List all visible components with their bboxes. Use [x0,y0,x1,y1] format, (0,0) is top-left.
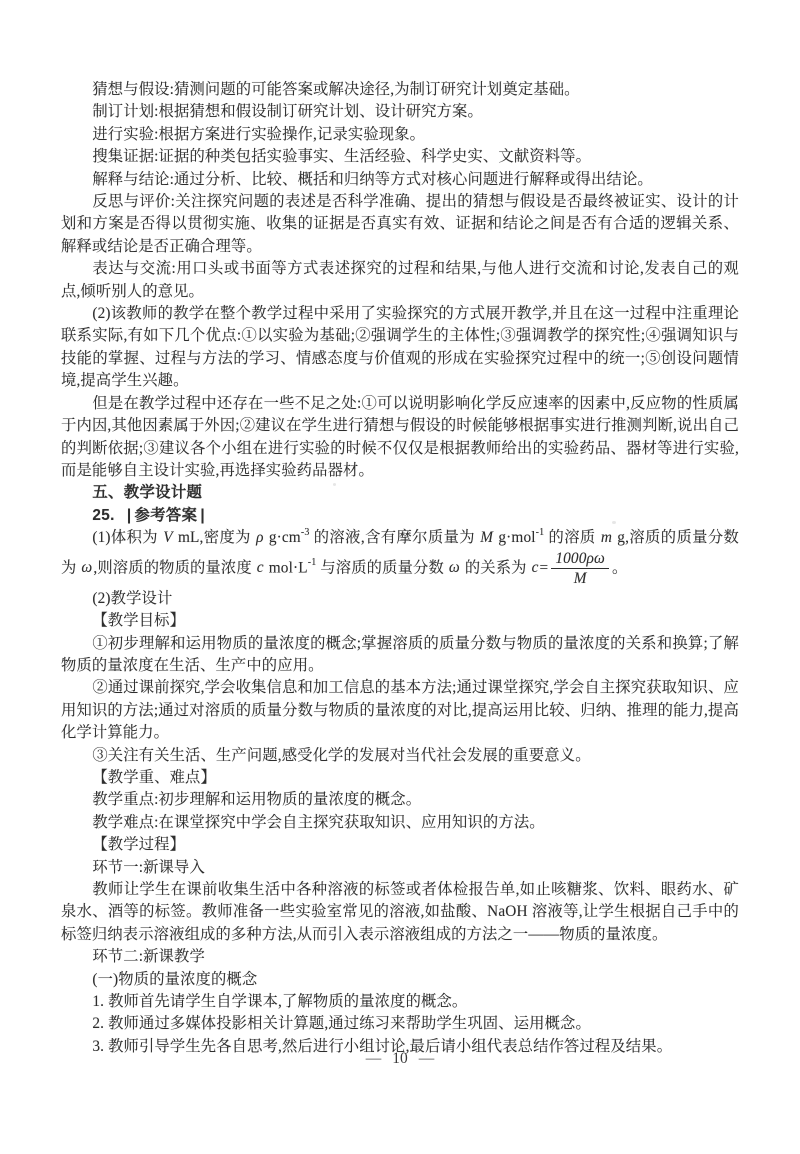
paragraph-teaching-design-label: (2)教学设计 [61,588,739,610]
variable-V: V [162,529,174,546]
header-key-difficult-points: 【教学重、难点】 [61,767,739,789]
variable-omega: ω [80,559,93,576]
page-footer: —10— [0,1050,800,1068]
paragraph-stage1-title: 环节一:新课导入 [61,857,739,879]
section-heading-teaching-design: 五、教学设计题 [61,482,739,504]
answer-q25-part1-formula-paragraph: (1)体积为 V mL,密度为 ρ g·cm-3 的溶液,含有摩尔质量为 M g… [61,527,739,588]
variable-c: c [531,559,540,576]
paragraph-step-2: 2. 教师通过多媒体投影相关计算题,通过练习来帮助学生巩固、运用概念。 [61,1013,739,1035]
superscript-exponent: -1 [308,557,317,568]
header-teaching-process: 【教学过程】 [61,834,739,856]
page-number: 10 [392,1050,408,1067]
document-content: 猜想与假设:猜测问题的可能答案或解决途径,为制订研究计划奠定基础。 制订计划:根… [61,79,739,1058]
answer-badge: 参考答案 [135,507,198,524]
paragraph-answer2-advantages: (2)该教师的教学在整个教学过程中采用了实验探究的方式展开教学,并且在这一过程中… [61,303,739,393]
text-segment: (1)体积为 [92,529,162,546]
document-page: 猜想与假设:猜测问题的可能答案或解决途径,为制订研究计划奠定基础。 制订计划:根… [0,0,800,1154]
superscript-exponent: -3 [301,527,310,538]
variable-omega: ω [448,559,461,576]
footer-dash-right: — [419,1050,435,1067]
answer-badge-bar-left: | [127,507,132,524]
text-segment: 的溶质 [544,529,600,546]
text-segment: 的关系为 [461,559,531,576]
variable-rho: ρ [255,529,265,546]
variable-m: m [600,529,613,546]
paragraph-teaching-difficulty: 教学难点:在课堂探究中学会自主探究获取知识、应用知识的方法。 [61,812,739,834]
paragraph-reflect-evaluate: 反思与评价:关注探究问题的表述是否科学准确、提出的猜想与假设是否最终被证实、设计… [61,191,739,258]
fraction-denominator: M [551,569,609,588]
variable-M: M [479,529,494,546]
paragraph-explain-conclude: 解释与结论:通过分析、比较、概括和归纳等方式对核心问题进行解释或得出结论。 [61,169,739,191]
text-segment: 与溶质的质量分数 [316,559,448,576]
paragraph-goal-2: ②通过课前探究,学会收集信息和加工信息的基本方法;通过课堂探究,学会自主探究获取… [61,677,739,744]
text-segment: g·mol [494,529,536,546]
text-segment: mL,密度为 [174,529,255,546]
paragraph-answer2-shortcomings: 但是在教学过程中还存在一些不足之处:①可以说明影响化学反应速率的因素中,反应物的… [61,393,739,483]
paragraph-make-plan: 制订计划:根据猜想和假设制订研究计划、设计研究方案。 [61,101,739,123]
paragraph-express-communicate: 表达与交流:用口头或书面等方式表述探究的过程和结果,与他人进行交流和讨论,发表自… [61,258,739,303]
superscript-exponent: -1 [536,527,545,538]
text-segment: 。 [612,559,627,576]
text-segment: g·cm [265,529,301,546]
fraction-numerator: 1000ρω [551,550,609,570]
text-segment: ,则溶质的物质的量浓度 [93,559,255,576]
text-segment: 的溶液,含有摩尔质量为 [310,529,480,546]
question-25-header: 25.|参考答案| [61,505,739,527]
equals-sign: = [540,559,549,576]
paragraph-collect-evidence: 搜集证据:证据的种类包括实验事实、生活经验、科学史实、文献资料等。 [61,146,739,168]
paragraph-stage1-description: 教师让学生在课前收集生活中各种溶液的标签或者体检报告单,如止咳糖浆、饮料、眼药水… [61,879,739,946]
paragraph-stage2-title: 环节二:新课教学 [61,946,739,968]
variable-c: c [256,559,265,576]
answer-badge-bar-right: | [200,507,205,524]
fraction: 1000ρωM [551,550,609,588]
paragraph-step-1: 1. 教师首先请学生自学课本,了解物质的量浓度的概念。 [61,991,739,1013]
paragraph-goal-1: ①初步理解和运用物质的量浓度的概念;掌握溶质的质量分数与物质的量浓度的关系和换算… [61,633,739,678]
header-teaching-goals: 【教学目标】 [61,610,739,632]
question-number: 25. [92,507,114,524]
paragraph-goal-3: ③关注有关生活、生产问题,感受化学的发展对当代社会发展的重要意义。 [61,745,739,767]
paragraph-guess-hypothesis: 猜想与假设:猜测问题的可能答案或解决途径,为制订研究计划奠定基础。 [61,79,739,101]
paragraph-concept-section-title: (一)物质的量浓度的概念 [61,969,739,991]
footer-dash-left: — [366,1050,382,1067]
paragraph-teaching-key-point: 教学重点:初步理解和运用物质的量浓度的概念。 [61,789,739,811]
text-segment: mol·L [265,559,308,576]
paragraph-conduct-experiment: 进行实验:根据方案进行实验操作,记录实验现象。 [61,124,739,146]
